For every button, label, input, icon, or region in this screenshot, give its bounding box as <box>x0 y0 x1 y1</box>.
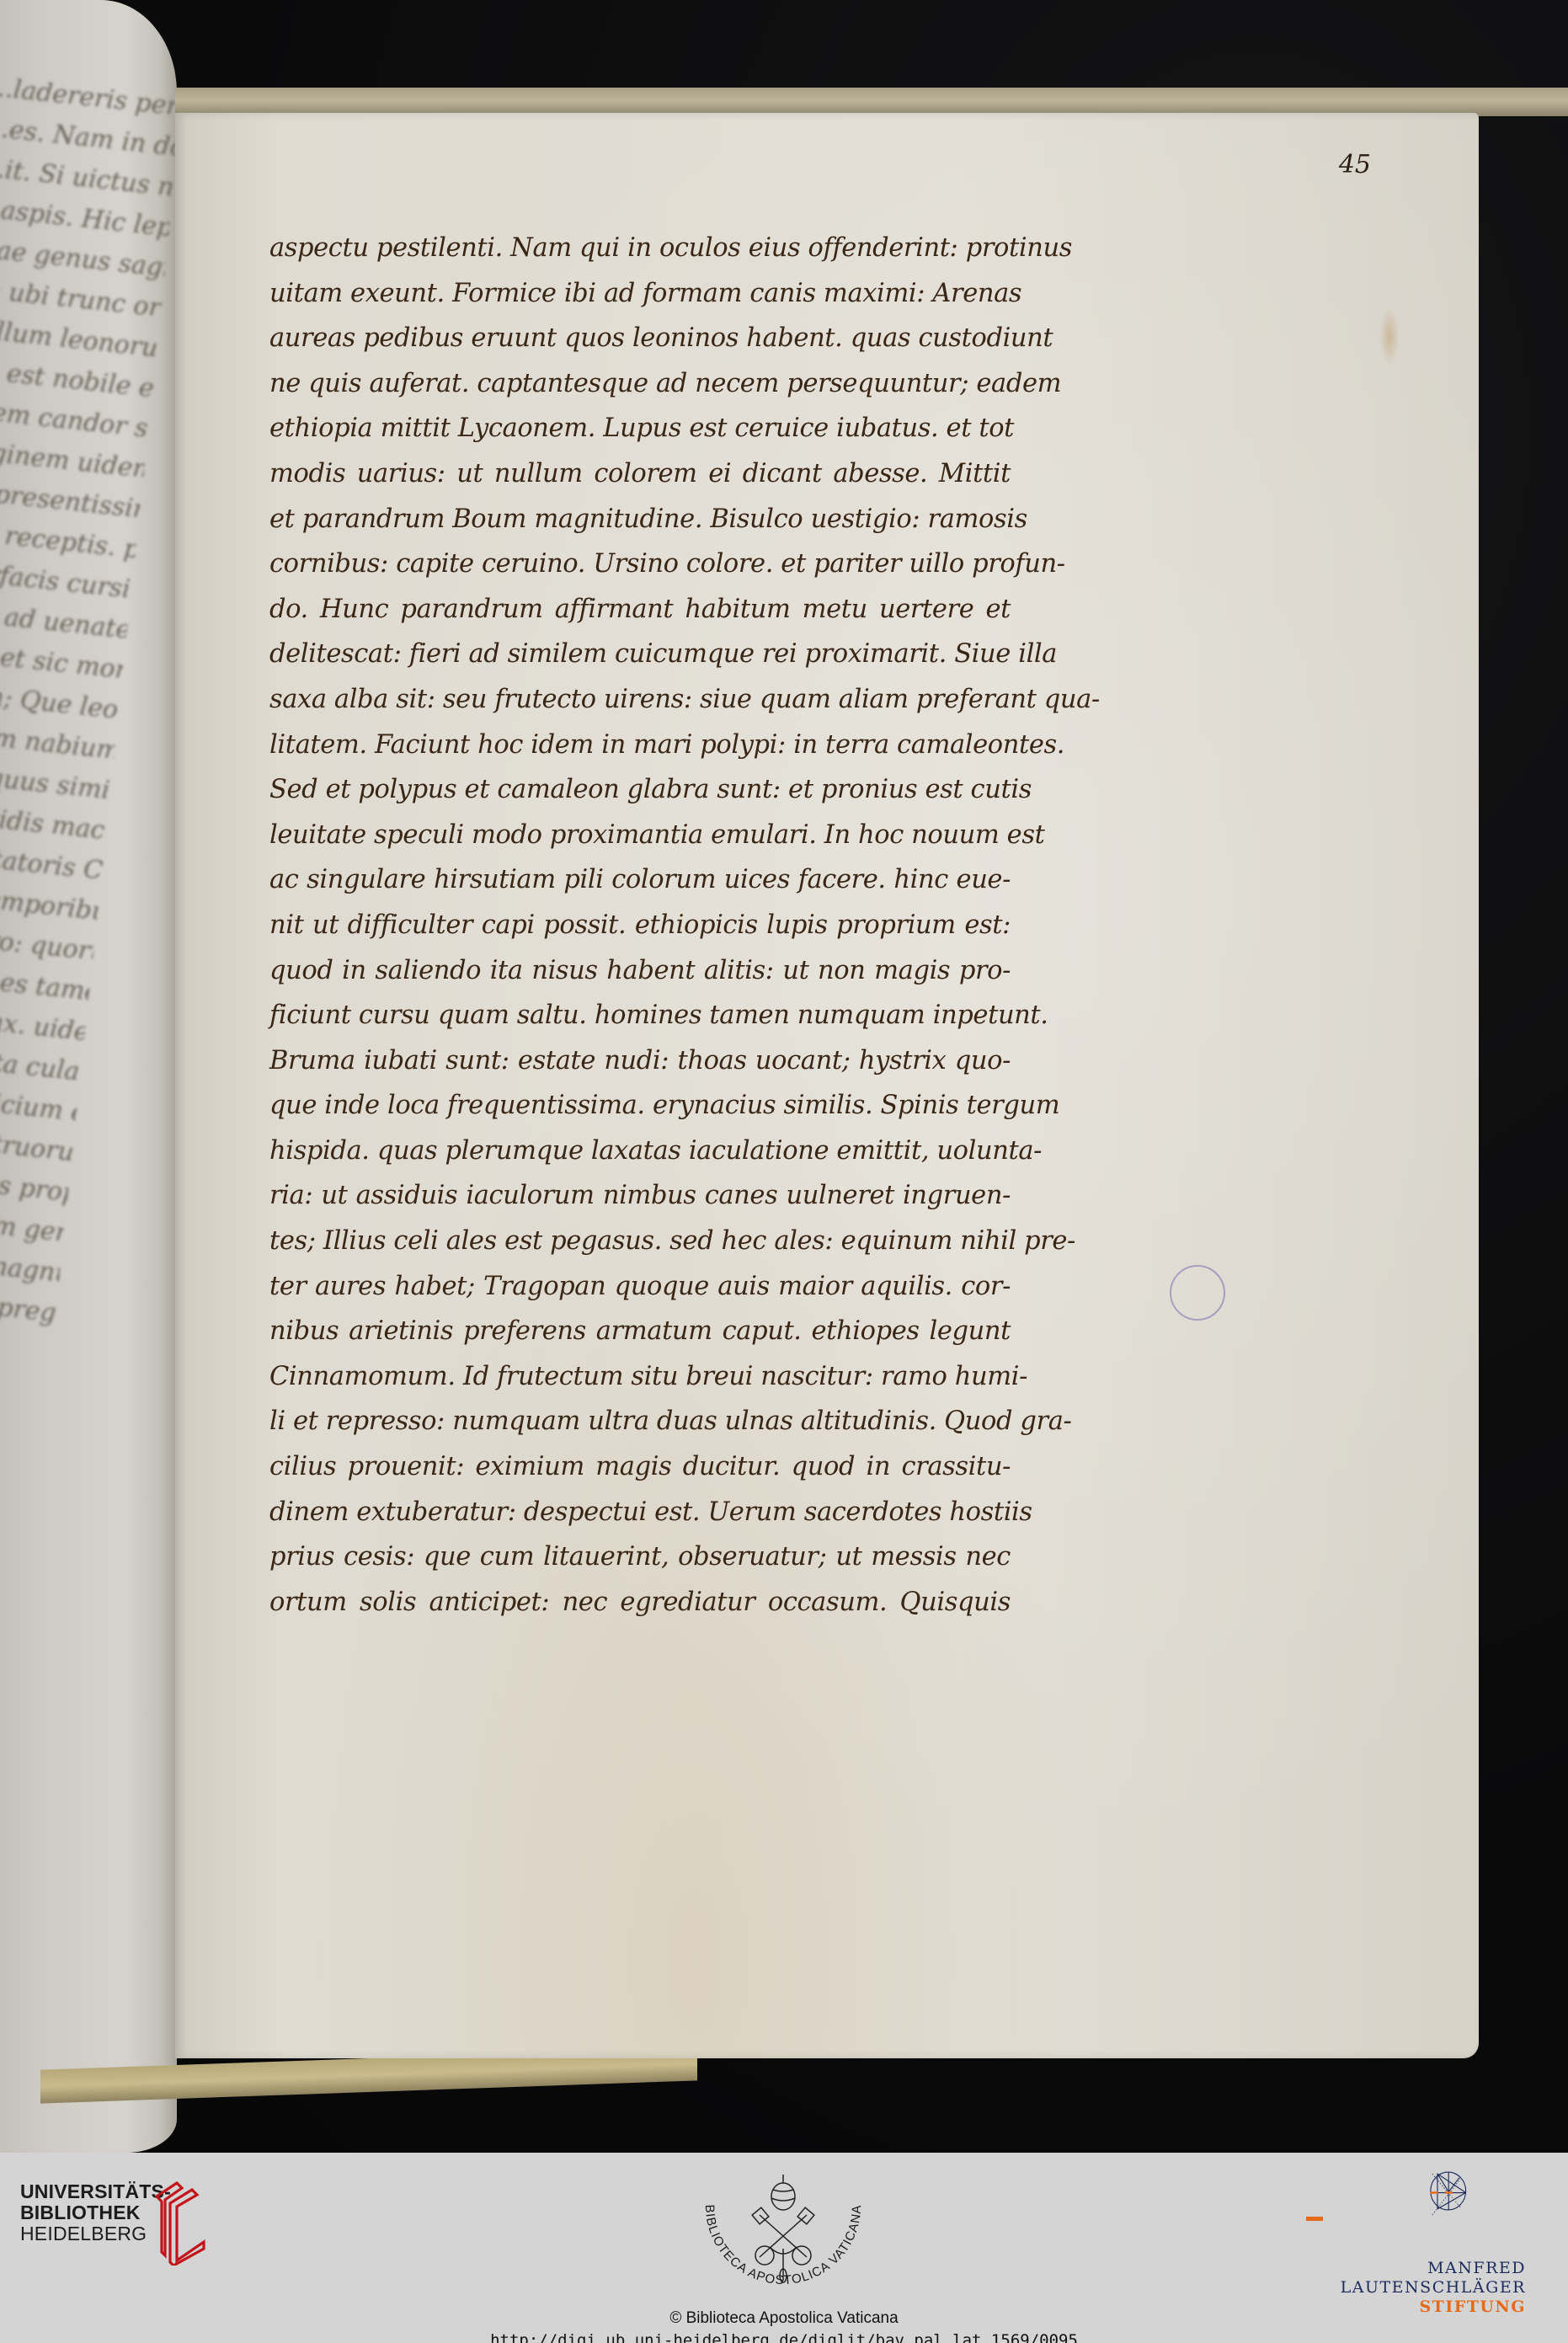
manuscript-line: uitam exeunt. Formice ibi ad formam cani… <box>269 271 1011 317</box>
manuscript-line: cilius prouenit: eximium magis ducitur. … <box>269 1444 1011 1490</box>
mls-line-2: LAUTENSCHLÄGER <box>1341 2278 1526 2298</box>
folio-page: 45 aspectu pestilenti. Nam qui in oculos… <box>175 113 1479 2058</box>
manuscript-line: dinem extuberatur: despectui est. Uerum … <box>269 1490 1011 1535</box>
ub-line-3: HEIDELBERG <box>20 2223 171 2244</box>
ub-heidelberg-logo[interactable]: UNIVERSITÄTS- BIBLIOTHEK HEIDELBERG <box>20 2181 171 2244</box>
manuscript-line: delitescat: fieri ad similem cuicumque r… <box>269 632 1011 677</box>
manuscript-line: aspectu pestilenti. Nam qui in oculos ei… <box>269 226 1011 271</box>
manuscript-line: modis uarius: ut nullum colorem ei dican… <box>269 451 1011 497</box>
manuscript-line: do. Hunc parandrum affirmant habitum met… <box>269 587 1011 632</box>
manuscript-text: aspectu pestilenti. Nam qui in oculos ei… <box>269 226 1011 1625</box>
manuscript-line: Sed et polypus et camaleon glabra sunt: … <box>269 767 1011 813</box>
mls-line-1: MANFRED <box>1341 2259 1526 2278</box>
copyright-text: © Biblioteca Apostolica Vaticana <box>0 2309 1568 2328</box>
lautenschlager-stiftung-logo[interactable]: MANFRED LAUTENSCHLÄGER STIFTUNG <box>1341 2259 1526 2317</box>
manuscript-line: hispida. quas plerumque laxatas iaculati… <box>269 1129 1011 1174</box>
manuscript-line: ac singulare hirsutiam pili colorum uice… <box>269 857 1011 903</box>
manuscript-line: li et represso: numquam ultra duas ulnas… <box>269 1399 1011 1444</box>
folio-number: 45 <box>1339 150 1371 179</box>
manuscript-line: ne quis auferat. captantesque ad necem p… <box>269 361 1011 407</box>
vatican-library-emblem-icon[interactable]: BIBLIOTECA APOSTOLICA VATICANA <box>682 2173 884 2299</box>
manuscript-line: ria: ut assiduis iaculorum nimbus canes … <box>269 1173 1011 1219</box>
manuscript-line: prius cesis: que cum litauerint, obserua… <box>269 1534 1011 1580</box>
manuscript-line: saxa alba sit: seu frutecto uirens: siue… <box>269 677 1011 723</box>
manuscript-line: quod in saliendo ita nisus habent alitis… <box>269 948 1011 994</box>
circle-mark-icon <box>1170 1265 1225 1321</box>
manuscript-line: que inde loca frequentissima. erynacius … <box>269 1083 1011 1129</box>
facing-page-text: ...ladereris per quas palude forma...es.… <box>0 67 177 1334</box>
manuscript-scan: ...ladereris per quas palude forma...es.… <box>0 0 1568 2153</box>
ub-line-1: UNIVERSITÄTS- <box>20 2181 171 2202</box>
ub-line-2: BIBLIOTHEK <box>20 2202 171 2223</box>
manuscript-line: leuitate speculi modo proximantia emular… <box>269 813 1011 858</box>
manuscript-line: aureas pedibus eruunt quos leoninos habe… <box>269 316 1011 361</box>
manuscript-line: ter aures habet; Tragopan quoque auis ma… <box>269 1264 1011 1310</box>
permalink-url[interactable]: http://digi.ub.uni-heidelberg.de/diglit/… <box>0 2331 1568 2343</box>
manuscript-line: et parandrum Boum magnitudine. Bisulco u… <box>269 497 1011 542</box>
footer-bar: UNIVERSITÄTS- BIBLIOTHEK HEIDELBERG BIBL… <box>0 2153 1568 2343</box>
lautenschlager-stiftung-emblem-icon[interactable] <box>1309 2171 1528 2255</box>
manuscript-line: ethiopia mittit Lycaonem. Lupus est ceru… <box>269 406 1011 451</box>
ub-book-mark-icon <box>153 2181 207 2266</box>
manuscript-line: Bruma iubati sunt: estate nudi: thoas uo… <box>269 1038 1011 1084</box>
mls-line-3: STIFTUNG <box>1341 2298 1526 2317</box>
manuscript-line: cornibus: capite ceruino. Ursino colore.… <box>269 542 1011 587</box>
manuscript-line: ortum solis anticipet: nec egrediatur oc… <box>269 1580 1011 1625</box>
manuscript-line: ficiunt cursu quam saltu. homines tamen … <box>269 993 1011 1038</box>
manuscript-line: Cinnamomum. Id frutectum situ breui nasc… <box>269 1354 1011 1400</box>
foxing-stain <box>1379 307 1400 366</box>
book-top-edge <box>175 88 1568 116</box>
manuscript-line: nit ut difficulter capi possit. ethiopic… <box>269 903 1011 948</box>
manuscript-line: nibus arietinis preferens armatum caput.… <box>269 1309 1011 1354</box>
manuscript-line: litatem. Faciunt hoc idem in mari polypi… <box>269 723 1011 768</box>
manuscript-line: tes; Illius celi ales est pegasus. sed h… <box>269 1219 1011 1264</box>
facing-page-left: ...ladereris per quas palude forma...es.… <box>0 0 177 2153</box>
orange-dash-icon <box>1306 2217 1323 2221</box>
